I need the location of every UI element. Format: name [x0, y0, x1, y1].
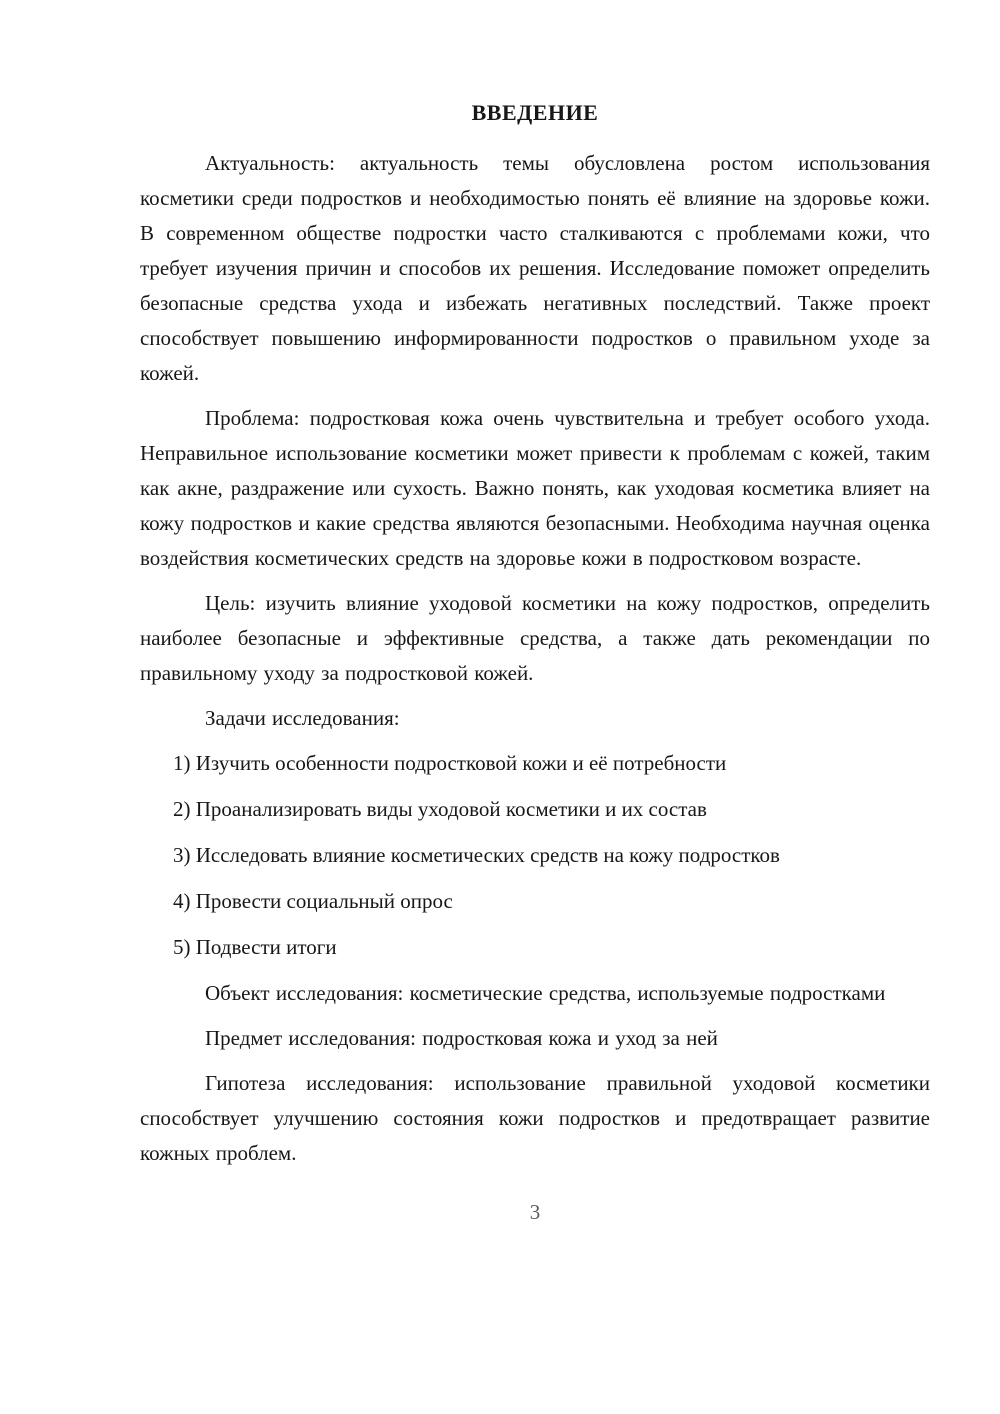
- paragraph-tasks-heading: Задачи исследования:: [140, 701, 930, 736]
- paragraph-hypothesis: Гипотеза исследования: использование пра…: [140, 1066, 930, 1171]
- task-list-item-2: 2) Проанализировать виды уходовой космет…: [173, 792, 930, 827]
- paragraph-goal: Цель: изучить влияние уходовой косметики…: [140, 586, 930, 691]
- task-list: 1) Изучить особенности подростковой кожи…: [140, 746, 930, 965]
- document-page: ВВЕДЕНИЕ Актуальность: актуальность темы…: [0, 0, 1000, 1414]
- page-title: ВВЕДЕНИЕ: [140, 95, 930, 130]
- task-list-item-4: 4) Провести социальный опрос: [173, 884, 930, 919]
- task-list-item-5: 5) Подвести итоги: [173, 930, 930, 965]
- task-list-item-3: 3) Исследовать влияние косметических сре…: [173, 838, 930, 873]
- paragraph-actuality: Актуальность: актуальность темы обусловл…: [140, 146, 930, 391]
- paragraph-problem: Проблема: подростковая кожа очень чувств…: [140, 401, 930, 576]
- task-list-item-1: 1) Изучить особенности подростковой кожи…: [173, 746, 930, 781]
- paragraph-subject: Предмет исследования: подростковая кожа …: [140, 1021, 930, 1056]
- paragraph-object: Объект исследования: косметические средс…: [140, 976, 930, 1011]
- page-number: 3: [140, 1197, 930, 1227]
